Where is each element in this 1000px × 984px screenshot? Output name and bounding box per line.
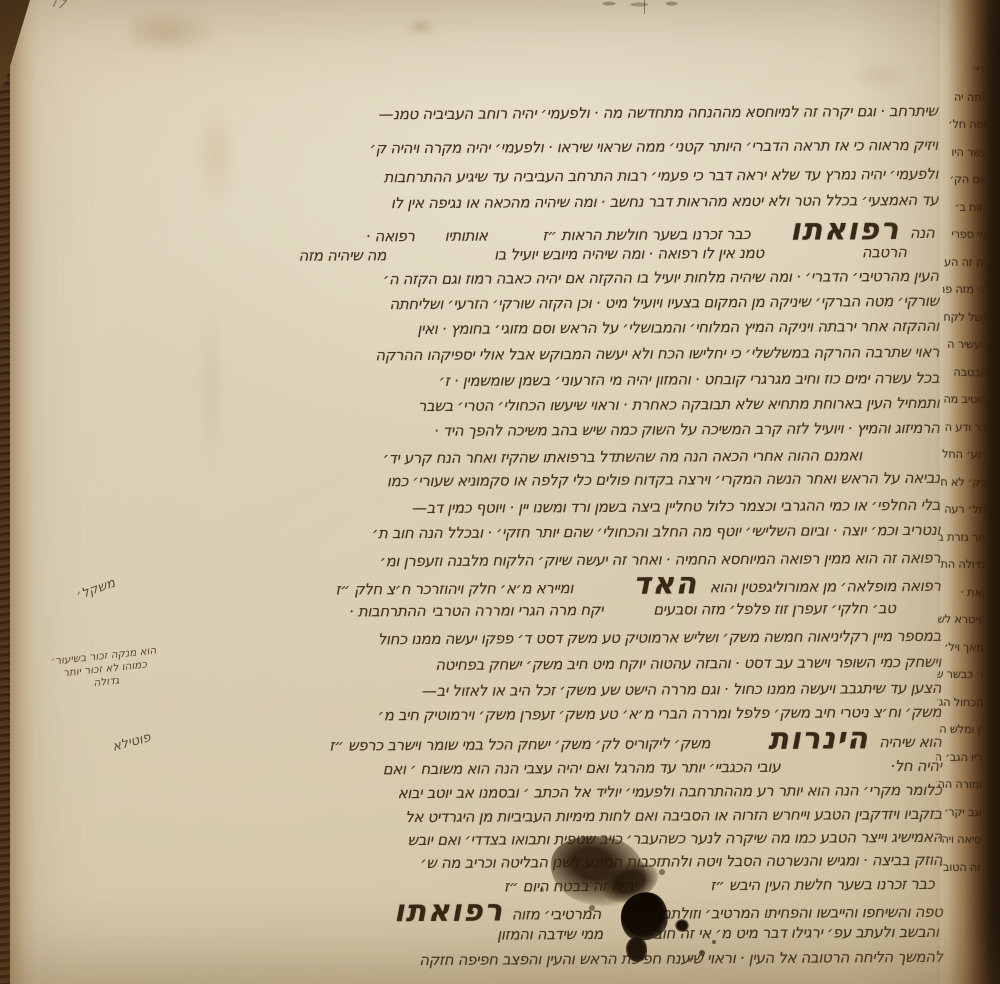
text-segment: משק׳ ליקוריס לק׳ משק׳ ישחק הכל במי שומר … — [329, 734, 710, 754]
gutter-text-fragment: ין ומלש ה — [939, 722, 983, 737]
text-segment: להמשך הליחה הרטובה אל העין · וראוי שיענח… — [419, 948, 943, 969]
text-segment: וישחק כמי השופר וישרב עב דסט · והבזה עהט… — [435, 653, 941, 674]
text-segment: בלי החלפי׳ או כמי ההגרבי וכצמר כלול טחלי… — [412, 496, 940, 517]
text-segment: הוזק בביצה · ומגיש והנשרטה הסבל ויטה ולה… — [420, 851, 942, 872]
gutter-text-fragment: ואת · — [960, 584, 984, 598]
ink-blot — [626, 937, 647, 962]
gutter-text-fragment: פיטרא לש — [937, 612, 985, 627]
text-segment: נביאה על הראש ואחר הנשה המקרי׳ וירצה בקד… — [387, 469, 940, 490]
text-segment: יקח מרה הגרי ומררה הטרבי — [431, 601, 603, 620]
text-segment: כבר זכרנו בשער חלשת העין היבש ״ז — [710, 875, 934, 894]
text-segment: מה שיהיה מזה — [299, 246, 387, 265]
text-line: הוא שיהיההינרותמשק׳ ליקוריס לק׳ משק׳ ישח… — [229, 725, 941, 755]
text-segment: כלומר מקרי׳ הנה הוא יותר רע מההתרחבה ולפ… — [397, 781, 941, 802]
gutter-text-fragment: רוע׳ החל — [942, 447, 987, 462]
text-segment: ואמנם ההוה אחרי הכאה הנה מה שהשתדל ברפוא… — [383, 446, 862, 467]
text-segment: הוא שיהיה — [879, 733, 942, 751]
text-segment: טב׳ חלקי׳ זעפרן זוז פלפל׳ מזה וסבעים — [653, 599, 896, 618]
gutter-text-fragment: תבטבה — [953, 364, 988, 378]
gutter-text-fragment: ריו הגב׳ ה — [935, 749, 983, 764]
text-line: שיתרחב · וגם יקרה זה למיוחסא מההנחה מתחד… — [226, 98, 938, 128]
foxing-stain — [130, 8, 220, 56]
text-segment: טמנ אין לו רפואה · ומה שיהיה מיובש יועיל… — [494, 244, 764, 264]
gutter-text-fragment: וגב יקר׳ — [944, 804, 982, 819]
text-segment: שיתרחב · וגם יקרה זה למיוחסא מההנחה מתחד… — [378, 102, 937, 123]
gutter-text-fragment: הכחול הג׳ — [934, 694, 983, 709]
text-segment: עד האמצעי׳ בכלל הטר ולא יטמא מהראות דבר … — [391, 191, 938, 212]
text-line: טב׳ חלקי׳ זעפרן זוז פלפל׳ מזה וסבעיםיקח … — [229, 595, 941, 625]
text-segment: הרמיזוג והמיץ · ויועיל לזה קרב המשיכה על… — [434, 419, 940, 440]
page-edge-shadow — [10, 0, 36, 984]
text-segment: במספר מיין רקליניאוה חמשה משק׳ ושליש ארמ… — [378, 627, 941, 648]
text-segment: ראוי שתרבה ההרקה במשלשלי׳ כי יחלישו הכח … — [375, 343, 939, 364]
text-segment: ולפעמי׳ יהיה נמרץ עד שלא יראה דבר כי פעמ… — [384, 165, 939, 186]
text-segment: ומיירא מ׳א׳ חלק ויהוזרכר ח׳צ חלק ״ז — [335, 579, 573, 598]
text-segment: העין מהרטיבי׳ הדברי׳ · ומה שיהיה מלחות י… — [383, 267, 939, 288]
text-line: ויזיק מראוה כי אז תראה הדברי׳ היותר קטני… — [226, 132, 938, 162]
gutter-text-fragment: תל׳ רעה ע — [934, 502, 986, 517]
gutter-text-fragment: סדי׳ — [972, 62, 992, 76]
text-segment: ההתרחבות · — [349, 602, 425, 620]
gutter-text-fragment: לה זה הע — [944, 254, 989, 269]
gutter-text-fragment: ושם הק׳ — [949, 172, 990, 187]
text-segment: הצען עד שיתגבב ויעשה ממנו כחול · וגם מרר… — [422, 679, 941, 700]
gutter-text-fragment: מאך ויל׳ — [944, 639, 984, 654]
text-segment: בזקביו ויזדקבין הטבע וייחרש הזרוה או הסב… — [405, 805, 942, 826]
binding-edge — [0, 0, 10, 984]
text-segment: ממי שידבה והמזון — [497, 925, 603, 944]
gutter-text-fragment: העשיר ה — [947, 337, 988, 352]
gutter-text-fragment: בר ודע ה — [945, 419, 987, 434]
text-line: הרמיזוג והמיץ · ויועיל לזה קרב המשיכה על… — [228, 415, 940, 445]
text-segment: ותמחיל העין בארוחת מתחיא שלא תבובקה כאחר… — [418, 394, 940, 415]
gutter-text-fragment: דק׳ לא חז — [937, 474, 987, 489]
text-segment: הרטבה — [862, 243, 907, 261]
gutter-text-fragment: ו׳ כבשר ש׳ — [933, 667, 983, 682]
text-segment: ונטריב וכמ׳ יוצה · וביום השלישי׳ יוטף מה… — [372, 521, 940, 542]
text-segment: ויזיק מראוה כי אז תראה הדברי׳ היותר קטני… — [370, 136, 938, 157]
text-line: נביאה על הראש ואחר הנשה המקרי׳ וירצה בקד… — [228, 465, 940, 495]
text-line: ונטריב וכמ׳ יוצה · וביום השלישי׳ יוטף מה… — [228, 517, 940, 547]
gutter-text-fragment: חזות ב׳ — [955, 199, 990, 213]
manuscript-scan: לו שיתרחב · וגם יקרה זה למיוחסא מההנחה מ… — [0, 0, 1000, 984]
gutter-text-fragment: ועשר היו — [951, 144, 991, 159]
ink-blot — [675, 919, 689, 932]
text-segment: האמישיג וייצר הטבע כמו מה שיקרה לנער כשה… — [407, 828, 942, 849]
headword: הינרות — [768, 721, 869, 757]
gutter-text-fragment: בשל לקח — [943, 309, 988, 324]
text-segment: שורקי׳ מטה הברקי׳ שיניקה מן המקום בצעיו … — [389, 292, 939, 313]
gutter-text-fragment: גדולה הת׳ — [936, 557, 985, 572]
text-segment: רפואה מופלאה׳ מן אמורוליגפטין והוא — [710, 577, 941, 596]
gutter-text-fragment: סיאה ויה׳ — [937, 832, 981, 847]
gutter-text-fragment: הוטיב מה — [943, 392, 987, 407]
gutter-text-fragment: אוי ספרי — [951, 227, 990, 242]
gutter-text-fragment: ומורה הה׳ — [933, 777, 982, 792]
foxing-stain — [198, 290, 224, 480]
gutter-text-fragment: חר גזרת ב — [937, 529, 985, 544]
gutter-text-fragment: ה׳ מזה פר — [939, 282, 989, 297]
gutter-text-fragment: זה הטוב׳ ט — [933, 859, 981, 874]
gutter-text-fragment: אותה יה — [954, 89, 992, 104]
text-line: להמשך הליחה הרטובה אל העין · וראוי שיענח… — [231, 944, 943, 974]
gutter-text-fragment: שפה חל׳ — [948, 117, 991, 132]
text-segment: וההקזה אחר ירבתה ויניקה המיץ המלוחי׳ והמ… — [417, 317, 939, 338]
text-segment: עובי הכגביי׳ יותר עד מהרגל ואם יהיה עצבי… — [383, 758, 781, 778]
text-segment: בכל עשרה ימים כוז וחיב מגרגרי קובחט · וה… — [439, 369, 940, 390]
